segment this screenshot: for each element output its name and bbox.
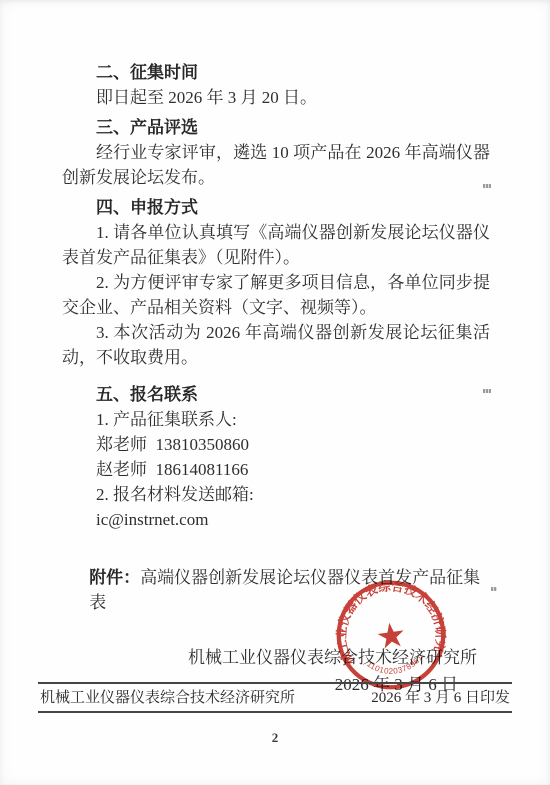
contact-phone-zheng: 郑老师 13810350860 — [62, 432, 490, 457]
body-paragraph: 2. 为方便评审专家了解更多项目信息，各单位同步提交企业、产品相关资料（文字、视… — [62, 270, 490, 320]
attachment-title: 高端仪器创新发展论坛仪器仪表首发产品征集表 — [89, 568, 480, 612]
body-paragraph: 1. 请各单位认真填写《高端仪器创新发展论坛仪器仪表首发产品征集表》（见附件）。 — [62, 220, 490, 270]
scan-artifact — [491, 587, 497, 591]
contact-line: 2. 报名材料发送邮箱: — [62, 482, 490, 507]
footer-issue-date: 2026 年 3 月 6 日印发 — [371, 688, 510, 708]
signature-org: 机械工业仪器仪表综合技术经济研究所 — [62, 645, 490, 670]
body-paragraph: 经行业专家评审，遴选 10 项产品在 2026 年高端仪器创新发展论坛发布。 — [62, 140, 490, 190]
scan-artifact — [483, 184, 491, 188]
body-paragraph: 3. 本次活动为 2026 年高端仪器创新发展论坛征集活动，不收取费用。 — [62, 320, 490, 370]
footer-issuing-org: 机械工业仪器仪表综合技术经济研究所 — [40, 688, 295, 708]
section-heading-registration-contact: 五、报名联系 — [62, 382, 490, 407]
contact-email: ic@instrnet.com — [62, 507, 490, 532]
section-heading-product-selection: 三、产品评选 — [62, 115, 490, 140]
body-paragraph: 即日起至 2026 年 3 月 20 日。 — [62, 85, 490, 110]
section-heading-application-method: 四、申报方式 — [62, 195, 490, 220]
contact-line: 1. 产品征集联系人: — [62, 407, 490, 432]
attachment-label: 附件： — [89, 568, 140, 587]
scan-artifact — [483, 389, 491, 393]
attachment-line: 附件：高端仪器创新发展论坛仪器仪表首发产品征集表 — [62, 565, 490, 615]
contact-phone-zhao: 赵老师 18614081166 — [62, 457, 490, 482]
section-heading-collection-time: 二、征集时间 — [62, 60, 490, 85]
page-number: 2 — [0, 730, 550, 746]
document-body: 二、征集时间 即日起至 2026 年 3 月 20 日。 三、产品评选 经行业专… — [62, 55, 490, 697]
document-footer: 机械工业仪器仪表综合技术经济研究所 2026 年 3 月 6 日印发 — [38, 682, 512, 713]
scanned-document-page: 二、征集时间 即日起至 2026 年 3 月 20 日。 三、产品评选 经行业专… — [0, 0, 550, 785]
